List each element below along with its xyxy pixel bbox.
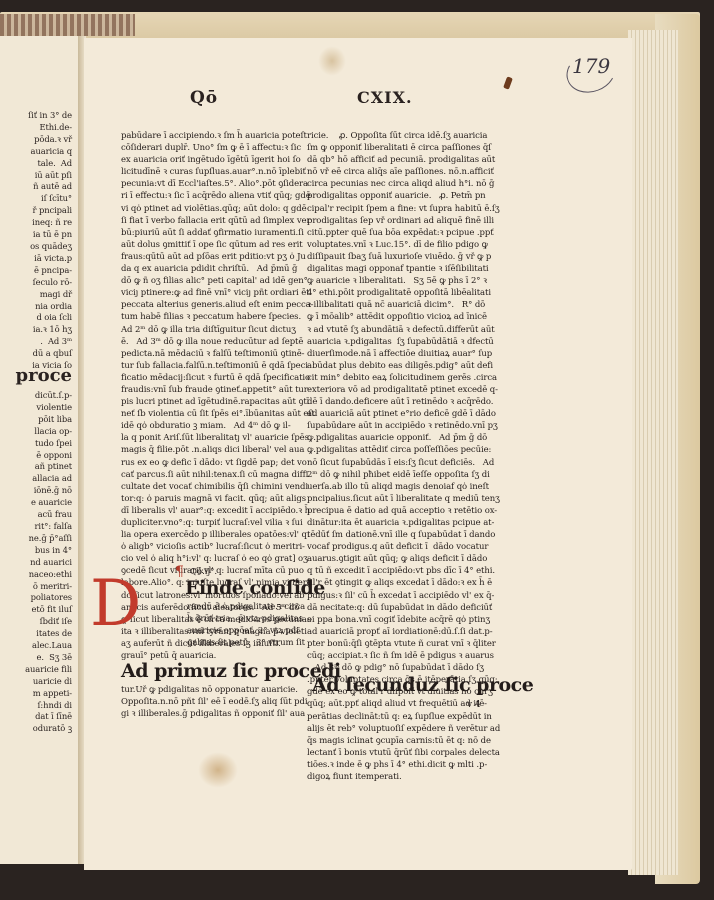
chapter-intro-text: randū ē ȯ.pdigalitate.ꝛ circa h̄ q̄rūť t… <box>187 601 307 649</box>
stain <box>318 46 346 76</box>
rubricated-initial: D <box>90 572 141 636</box>
pilcrow-icon: ¶ <box>175 564 184 580</box>
article-text: tur.Uř ꝙ pdigalitas nō opponatur auarici… <box>121 684 301 720</box>
handwritten-folio-number: 179 <box>572 54 610 78</box>
page-stack-edge <box>628 30 678 875</box>
signature-mark: v 4 <box>467 700 481 710</box>
running-head-folio: CXIX. <box>357 88 413 107</box>
chapter-heading: Einde conſide <box>185 577 325 599</box>
article-heading-right: Ad ſecunduz ſic proce <box>312 674 533 696</box>
left-page-heading-fragment: proce <box>0 365 72 386</box>
left-page-text-bottom: dicūt.ſ.p- violentie pōit liba llacia op… <box>0 390 72 735</box>
chapter-marker: Qō.ij°. <box>190 567 217 577</box>
article-heading: Ad primuz ſic procedi <box>121 660 341 682</box>
running-head-left: Qō <box>190 88 218 108</box>
stain <box>198 752 238 788</box>
left-page-text-top: ſiť in 3° de Ethi.de- pōda.ꝛ vř auaricia… <box>0 110 72 372</box>
headband <box>0 14 135 36</box>
